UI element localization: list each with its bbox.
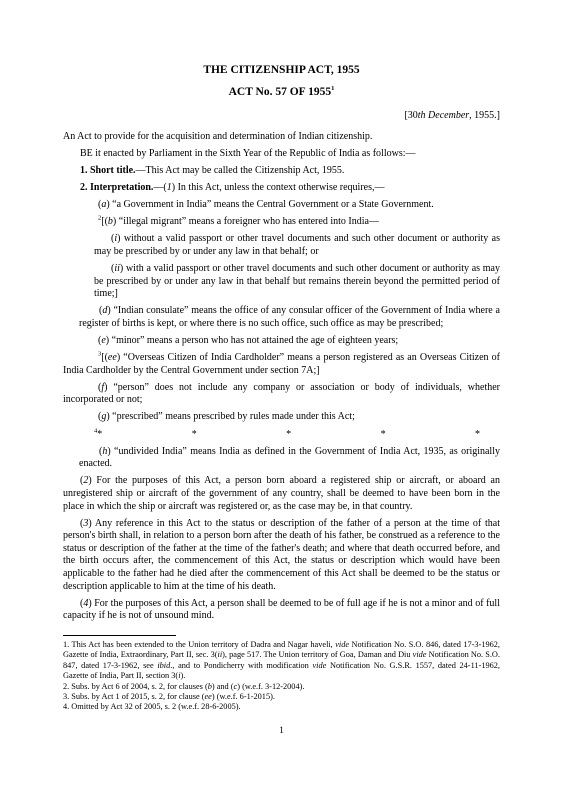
text-run: , 1955.] (469, 110, 500, 121)
subclause-i: (i) without a valid passport or other tr… (94, 233, 500, 258)
clause-a: (a) “a Government in India” means the Ce… (63, 199, 500, 212)
text-run: ) In this Act, unless the context otherw… (172, 182, 385, 193)
footnote-3: 3. Subs. by Act 1 of 2015, s. 2, for cla… (63, 692, 500, 702)
text-run: [( (101, 352, 108, 363)
clause-b: 2[(b) “illegal migrant” means a foreigne… (63, 216, 500, 229)
footnote-4: 4. Omitted by Act 32 of 2005, s. 2 (w.e.… (63, 702, 500, 712)
asterisk: * (381, 429, 386, 442)
text-run: vide (335, 640, 349, 649)
subclause-ii: (ii) with a valid passport or other trav… (94, 263, 500, 301)
footnote-separator (63, 635, 176, 636)
text-run: 3. Subs. by Act 1 of 2015, s. 2, for cla… (63, 692, 205, 701)
text-run: 4. Omitted by Act 32 of 2005, s. 2 (w.e.… (63, 702, 241, 711)
footnote-1: 1. This Act has been extended to the Uni… (63, 640, 500, 682)
text-run: 2. Interpretation. (80, 182, 153, 193)
text-run: ) “undivided India” means India as defin… (79, 446, 500, 470)
text-run: ) “Overseas Citizen of India Cardholder”… (63, 352, 500, 376)
text-run: ) “a Government in India” means the Cent… (106, 199, 433, 210)
text-run: vide (413, 650, 427, 659)
enactment-date: [30th December, 1955.] (63, 110, 500, 123)
asterisk: * (192, 429, 197, 442)
text-run: ) (w.e.f. 3-12-2004). (237, 682, 304, 691)
text-run: An Act to provide for the acquisition an… (63, 131, 372, 142)
section-2-opening: 2. Interpretation.—(1) In this Act, unle… (63, 182, 500, 195)
text-run: ) “illegal migrant” means a foreigner wh… (113, 216, 379, 227)
text-run: vide (312, 661, 326, 670)
text-run: ) with a valid passport or other travel … (94, 263, 500, 299)
act-title: THE CITIZENSHIP ACT, 1955 (63, 64, 500, 77)
text-run: —This Act may be called the Citizenship … (136, 165, 345, 176)
section-2-para-3: (3) Any reference in this Act to the sta… (63, 518, 500, 594)
text-run: ee (205, 692, 212, 701)
text-run: ) Any reference in this Act to the statu… (63, 518, 500, 592)
text-run: ), page 517. The Union territory of Goa,… (222, 650, 413, 659)
section-2-para-4: (4) For the purposes of this Act, a pers… (63, 598, 500, 623)
clause-d: (d) “Indian consulate” means the office … (79, 305, 500, 330)
text-run: ) “person” does not include any company … (63, 382, 500, 406)
section-2-para-2: (2) For the purposes of this Act, a pers… (63, 475, 500, 513)
footnotes-section: 1. This Act has been extended to the Uni… (63, 640, 500, 713)
page-number: 1 (63, 725, 500, 738)
text-run: ibid (157, 661, 170, 670)
text-run: ., and to Pondicherry with modification (170, 661, 312, 670)
act-number-text: ACT No. 57 OF 1955 (229, 86, 332, 98)
text-run: —( (153, 182, 166, 193)
clause-ee: 3[(ee) “Overseas Citizen of India Cardho… (63, 352, 500, 377)
text-run: ) For the purposes of this Act, a person… (63, 598, 500, 622)
enacting-clause: BE it enacted by Parliament in the Sixth… (63, 148, 500, 161)
text-run: ) (w.e.f. 6-1-2015). (212, 692, 275, 701)
text-run: ) and ( (212, 682, 234, 691)
text-run: BE it enacted by Parliament in the Sixth… (80, 148, 416, 159)
footnote-ref: 4 (94, 427, 97, 434)
section-1: 1. Short title.—This Act may be called t… (63, 165, 500, 178)
document-page: THE CITIZENSHIP ACT, 1955 ACT No. 57 OF … (0, 0, 563, 798)
text-run: ). (181, 671, 186, 680)
text-run: [( (101, 216, 108, 227)
preamble: An Act to provide for the acquisition an… (63, 131, 500, 144)
text-run: ) For the purposes of this Act, a person… (63, 475, 500, 511)
clause-g: (g) “prescribed” means prescribed by rul… (63, 411, 500, 424)
asterisk: * (475, 429, 480, 442)
act-body: An Act to provide for the acquisition an… (63, 131, 500, 623)
text-run: 1. This Act has been extended to the Uni… (63, 640, 335, 649)
text-run: ) “prescribed” means prescribed by rules… (106, 411, 355, 422)
text-run: [30 (404, 110, 417, 121)
footnote-2: 2. Subs. by Act 6 of 2004, s. 2, for cla… (63, 682, 500, 692)
footnote-ref-1: 1 (331, 85, 334, 92)
text-run: ) “minor” means a person who has not att… (106, 335, 398, 346)
clause-e: (e) “minor” means a person who has not a… (63, 335, 500, 348)
omitted-clauses-stars: 4***** (94, 429, 480, 442)
text-run: ) without a valid passport or other trav… (94, 233, 500, 257)
text-run: ee (108, 352, 117, 363)
asterisk: * (286, 429, 291, 442)
text-run: 2. Subs. by Act 6 of 2004, s. 2, for cla… (63, 682, 208, 691)
text-run: ) “Indian consulate” means the office of… (79, 305, 500, 329)
clause-h: (h) “undivided India” means India as def… (79, 446, 500, 471)
text-run: 1. Short title. (80, 165, 136, 176)
asterisk: 4* (94, 429, 102, 442)
clause-f: (f) “person” does not include any compan… (63, 382, 500, 407)
text-run: th December (418, 110, 469, 121)
act-number: ACT No. 57 OF 19551 (63, 86, 500, 99)
